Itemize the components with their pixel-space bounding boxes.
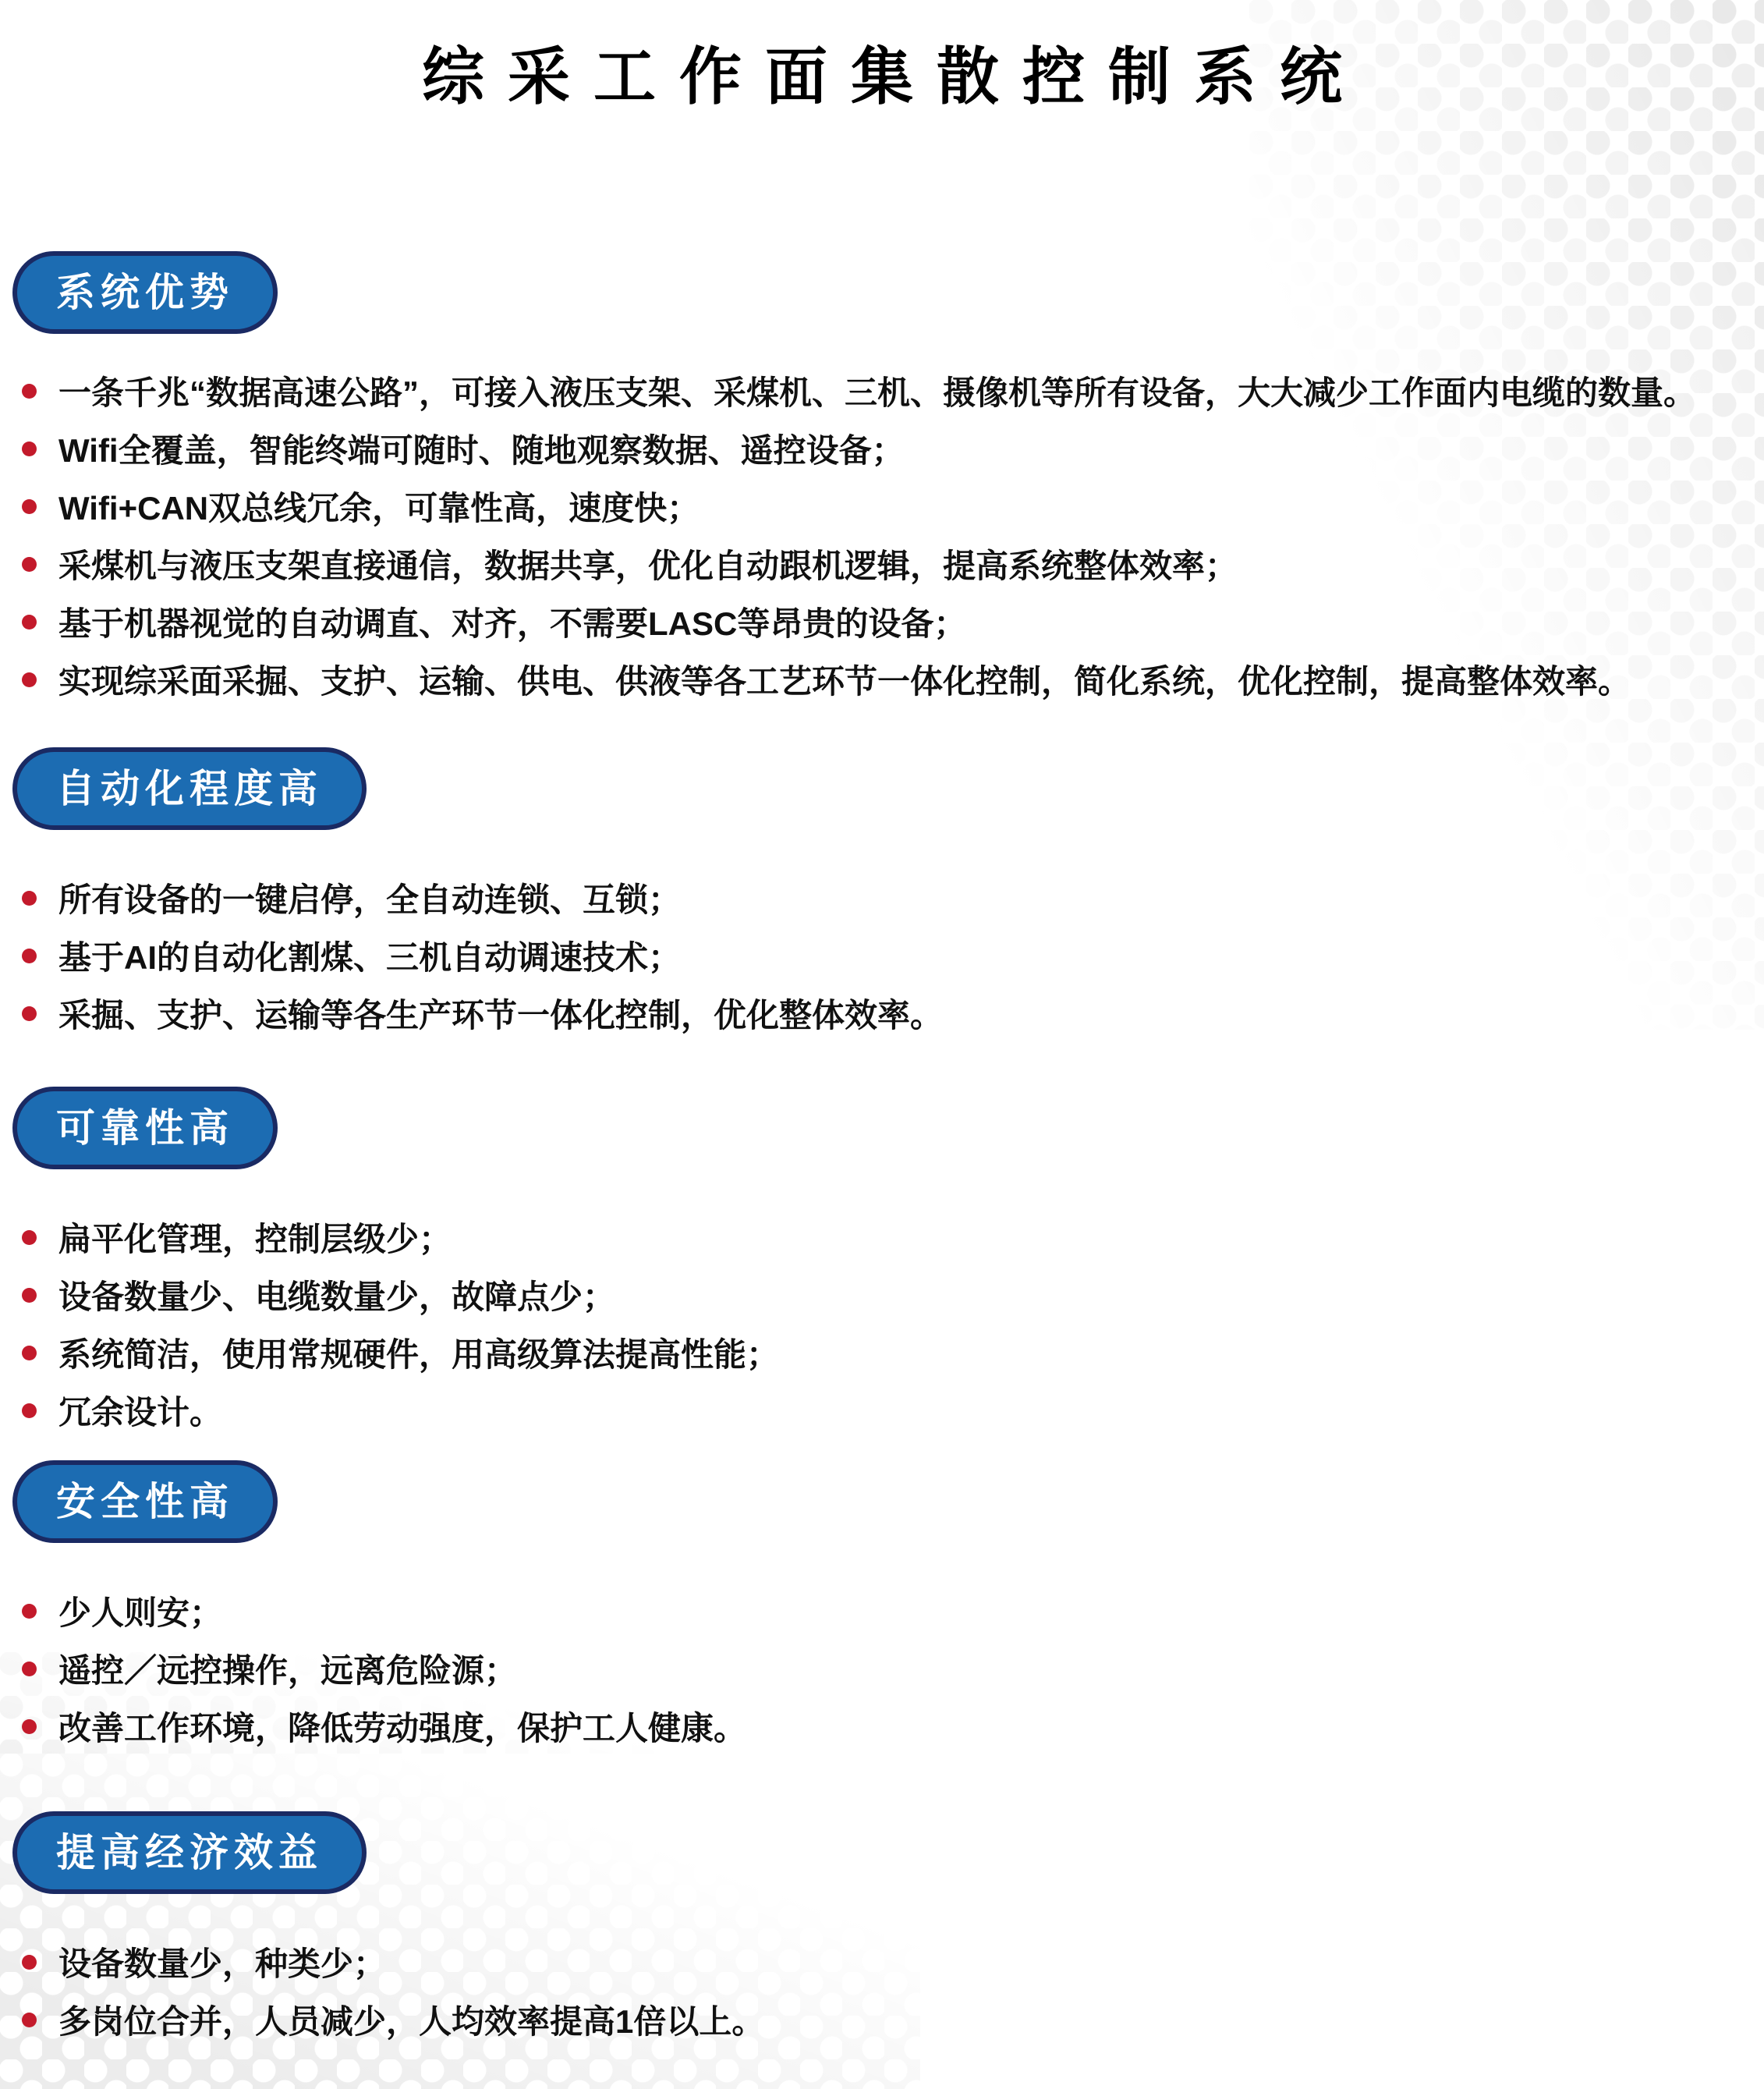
bullet-item: Wifi全覆盖，智能终端可随时、随地观察数据、遥控设备；: [22, 420, 1748, 477]
section-high-safety: 安全性高 少人则安； 遥控／远控操作，远离危险源； 改善工作环境，降低劳动强度，…: [12, 1460, 1748, 1755]
bullet-text: 一条千兆“数据高速公路”，可接入液压支架、采煤机、三机、摄像机等所有设备，大大减…: [58, 367, 1696, 414]
section-badge-label: 安全性高: [56, 1480, 234, 1523]
bullet-item: 遥控／远控操作，远离危险源；: [22, 1640, 1748, 1697]
section-high-reliability: 可靠性高 扁平化管理，控制层级少； 设备数量少、电缆数量少，故障点少； 系统简洁…: [12, 1087, 1748, 1439]
bullet-text: 基于AI的自动化割煤、三机自动调速技术；: [58, 932, 681, 979]
bullet-list: 设备数量少，种类少； 多岗位合并，人员减少，人均效率提高1倍以上。: [12, 1933, 1748, 2048]
bullet-list: 所有设备的一键启停，全自动连锁、互锁； 基于AI的自动化割煤、三机自动调速技术；…: [12, 869, 1748, 1042]
bullet-dot-icon: [22, 499, 37, 514]
bullet-text: 改善工作环境，降低劳动强度，保护工人健康。: [58, 1703, 746, 1750]
bullet-text: 设备数量少，种类少；: [58, 1938, 386, 1985]
section-badge-high-safety: 安全性高: [12, 1460, 278, 1543]
bullet-text: 采煤机与液压支架直接通信，数据共享，优化自动跟机逻辑，提高系统整体效率；: [58, 541, 1238, 587]
bullet-dot-icon: [22, 1719, 37, 1734]
bullet-text: 冗余设计。: [58, 1387, 222, 1434]
bullet-dot-icon: [22, 1288, 37, 1303]
poster-page: 综采工作面集散控制系统 系统优势 一条千兆“数据高速公路”，可接入液压支架、采煤…: [0, 0, 1764, 2089]
bullet-item: 采掘、支护、运输等各生产环节一体化控制，优化整体效率。: [22, 984, 1748, 1042]
bullet-dot-icon: [22, 1662, 37, 1676]
bullet-dot-icon: [22, 2013, 37, 2027]
bullet-dot-icon: [22, 442, 37, 456]
section-system-advantages: 系统优势 一条千兆“数据高速公路”，可接入液压支架、采煤机、三机、摄像机等所有设…: [12, 251, 1748, 708]
bullet-text: 设备数量少、电缆数量少，故障点少；: [58, 1271, 615, 1318]
bullet-text: 多岗位合并，人员减少，人均效率提高1倍以上。: [58, 1996, 764, 2043]
bullet-item: Wifi+CAN双总线冗余，可靠性高，速度快；: [22, 477, 1748, 535]
section-high-automation: 自动化程度高 所有设备的一键启停，全自动连锁、互锁； 基于AI的自动化割煤、三机…: [12, 747, 1748, 1042]
bullet-dot-icon: [22, 1230, 37, 1245]
bullet-item: 扁平化管理，控制层级少；: [22, 1208, 1748, 1266]
bullet-text: 少人则安；: [58, 1587, 222, 1634]
bullet-item: 基于机器视觉的自动调直、对齐，不需要LASC等昂贵的设备；: [22, 593, 1748, 651]
bullet-list: 少人则安； 遥控／远控操作，远离危险源； 改善工作环境，降低劳动强度，保护工人健…: [12, 1582, 1748, 1755]
section-badge-high-automation: 自动化程度高: [12, 747, 367, 830]
bullet-item: 改善工作环境，降低劳动强度，保护工人健康。: [22, 1697, 1748, 1755]
section-badge-high-reliability: 可靠性高: [12, 1087, 278, 1169]
bullet-dot-icon: [22, 384, 37, 399]
bullet-item: 基于AI的自动化割煤、三机自动调速技术；: [22, 927, 1748, 984]
bullet-dot-icon: [22, 557, 37, 572]
section-badge-label: 自动化程度高: [56, 767, 323, 810]
bullet-dot-icon: [22, 1604, 37, 1619]
bullet-text: 系统简洁，使用常规硬件，用高级算法提高性能；: [58, 1329, 779, 1376]
bullet-item: 所有设备的一键启停，全自动连锁、互锁；: [22, 869, 1748, 927]
bullet-text: 基于机器视觉的自动调直、对齐，不需要LASC等昂贵的设备；: [58, 598, 966, 645]
section-economic-benefits: 提高经济效益 设备数量少，种类少； 多岗位合并，人员减少，人均效率提高1倍以上。: [12, 1811, 1748, 2048]
section-badge-label: 系统优势: [56, 271, 234, 314]
bullet-text: Wifi全覆盖，智能终端可随时、随地观察数据、遥控设备；: [58, 425, 905, 472]
section-badge-label: 可靠性高: [56, 1106, 234, 1150]
bullet-list: 一条千兆“数据高速公路”，可接入液压支架、采煤机、三机、摄像机等所有设备，大大减…: [12, 362, 1748, 708]
section-badge-system-advantages: 系统优势: [12, 251, 278, 334]
bullet-item: 采煤机与液压支架直接通信，数据共享，优化自动跟机逻辑，提高系统整体效率；: [22, 535, 1748, 593]
bullet-dot-icon: [22, 1006, 37, 1021]
bullet-text: 实现综采面采掘、支护、运输、供电、供液等各工艺环节一体化控制，简化系统，优化控制…: [58, 656, 1631, 703]
bullet-item: 一条千兆“数据高速公路”，可接入液压支架、采煤机、三机、摄像机等所有设备，大大减…: [22, 362, 1748, 420]
page-title: 综采工作面集散控制系统: [0, 27, 1764, 116]
bullet-dot-icon: [22, 672, 37, 687]
bullet-item: 设备数量少、电缆数量少，故障点少；: [22, 1266, 1748, 1324]
bullet-item: 设备数量少，种类少；: [22, 1933, 1748, 1991]
bullet-list: 扁平化管理，控制层级少； 设备数量少、电缆数量少，故障点少； 系统简洁，使用常规…: [12, 1208, 1748, 1439]
bullet-item: 实现综采面采掘、支护、运输、供电、供液等各工艺环节一体化控制，简化系统，优化控制…: [22, 651, 1748, 708]
bullet-text: Wifi+CAN双总线冗余，可靠性高，速度快；: [58, 483, 700, 530]
bullet-text: 采掘、支护、运输等各生产环节一体化控制，优化整体效率。: [58, 990, 943, 1037]
bullet-item: 系统简洁，使用常规硬件，用高级算法提高性能；: [22, 1324, 1748, 1381]
section-badge-economic-benefits: 提高经济效益: [12, 1811, 367, 1894]
bullet-dot-icon: [22, 949, 37, 963]
bullet-dot-icon: [22, 1955, 37, 1970]
bullet-dot-icon: [22, 1346, 37, 1360]
section-badge-label: 提高经济效益: [56, 1831, 323, 1874]
bullet-text: 扁平化管理，控制层级少；: [58, 1214, 452, 1261]
bullet-dot-icon: [22, 615, 37, 630]
bullet-text: 遥控／远控操作，远离危险源；: [58, 1645, 517, 1692]
bullet-dot-icon: [22, 1403, 37, 1418]
bullet-item: 少人则安；: [22, 1582, 1748, 1640]
bullet-dot-icon: [22, 891, 37, 906]
bullet-item: 冗余设计。: [22, 1381, 1748, 1439]
bullet-text: 所有设备的一键启停，全自动连锁、互锁；: [58, 874, 681, 921]
bullet-item: 多岗位合并，人员减少，人均效率提高1倍以上。: [22, 1991, 1748, 2048]
